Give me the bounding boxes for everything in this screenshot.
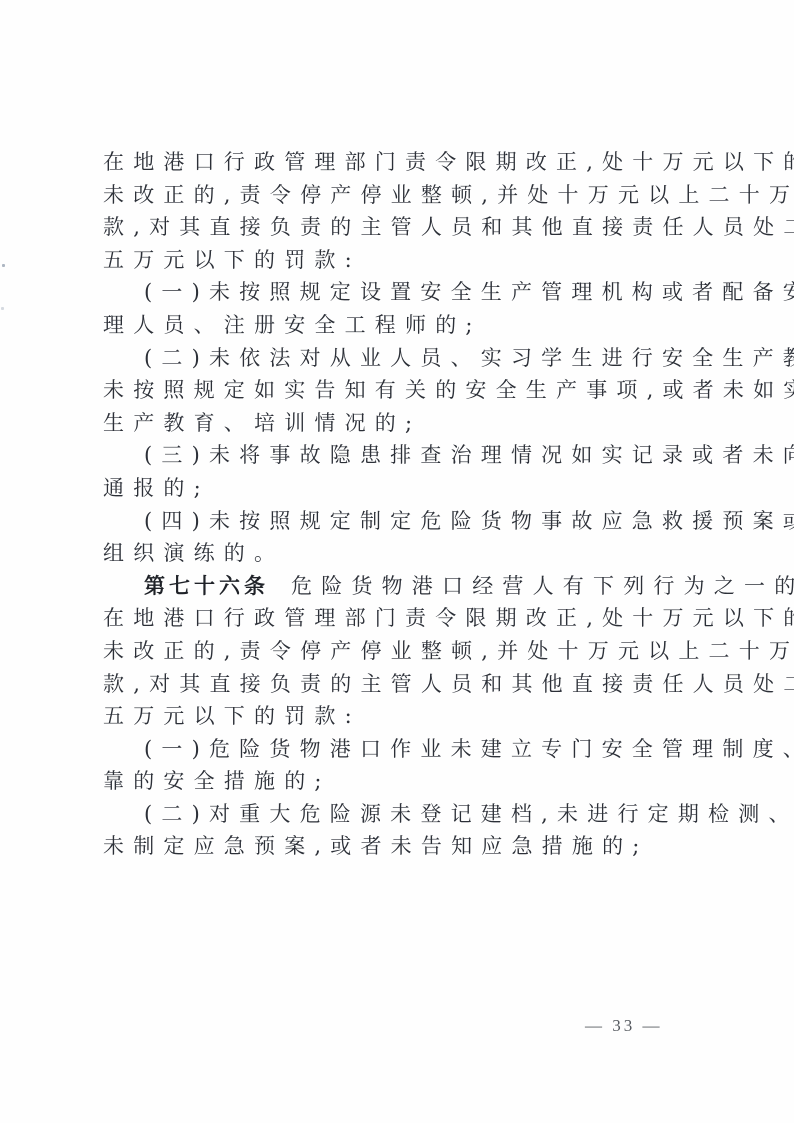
text-line: 通报的; xyxy=(103,472,689,505)
list-item-line: (二)未依法对从业人员、实习学生进行安全生产教育、培训, xyxy=(103,342,689,375)
text-line: 未改正的,责令停产停业整顿,并处十万元以上二十万元以下的罚 xyxy=(103,179,689,212)
document-body: 在地港口行政管理部门责令限期改正,处十万元以下的罚款;逾期 未改正的,责令停产停… xyxy=(103,146,689,863)
page-number: — 33 — xyxy=(585,1016,663,1036)
text-line: 理人员、注册安全工程师的; xyxy=(103,309,689,342)
text-line: 组织演练的。 xyxy=(103,537,689,570)
text-line: 五万元以下的罚款: xyxy=(103,244,689,277)
text-line: 未改正的,责令停产停业整顿,并处十万元以上二十万元以下的罚 xyxy=(103,635,689,668)
list-item-line: (四)未按照规定制定危险货物事故应急救援预案或者未定期 xyxy=(103,505,689,538)
scan-mark xyxy=(2,264,5,267)
list-item-line: (一)未按照规定设置安全生产管理机构或者配备安全生产管 xyxy=(103,276,689,309)
text-line: 靠的安全措施的; xyxy=(103,765,689,798)
text-line: 款,对其直接负责的主管人员和其他直接责任人员处二万元以上 xyxy=(103,211,689,244)
article-heading-line: 第七十六条危险货物港口经营人有下列行为之一的,由所 xyxy=(103,570,689,603)
list-item-line: (二)对重大危险源未登记建档,未进行定期检测、评估、监控, xyxy=(103,798,689,831)
scan-mark xyxy=(1,307,4,310)
text-line: 生产教育、培训情况的; xyxy=(103,407,689,440)
article-title: 第七十六条 xyxy=(144,574,269,598)
text-line: 在地港口行政管理部门责令限期改正,处十万元以下的罚款;逾期 xyxy=(103,146,689,179)
text-line: 五万元以下的罚款: xyxy=(103,700,689,733)
list-item-line: (一)危险货物港口作业未建立专门安全管理制度、未采取可 xyxy=(103,733,689,766)
text-line: 未制定应急预案,或者未告知应急措施的; xyxy=(103,830,689,863)
text-line: 未按照规定如实告知有关的安全生产事项,或者未如实记录安全 xyxy=(103,374,689,407)
article-text: 危险货物港口经营人有下列行为之一的,由所 xyxy=(291,574,794,598)
list-item-line: (三)未将事故隐患排查治理情况如实记录或者未向从业人员 xyxy=(103,439,689,472)
text-line: 款,对其直接负责的主管人员和其他直接责任人员处二万元以上 xyxy=(103,668,689,701)
document-page: 在地港口行政管理部门责令限期改正,处十万元以下的罚款;逾期 未改正的,责令停产停… xyxy=(0,0,794,1123)
text-line: 在地港口行政管理部门责令限期改正,处十万元以下的罚款;逾期 xyxy=(103,602,689,635)
